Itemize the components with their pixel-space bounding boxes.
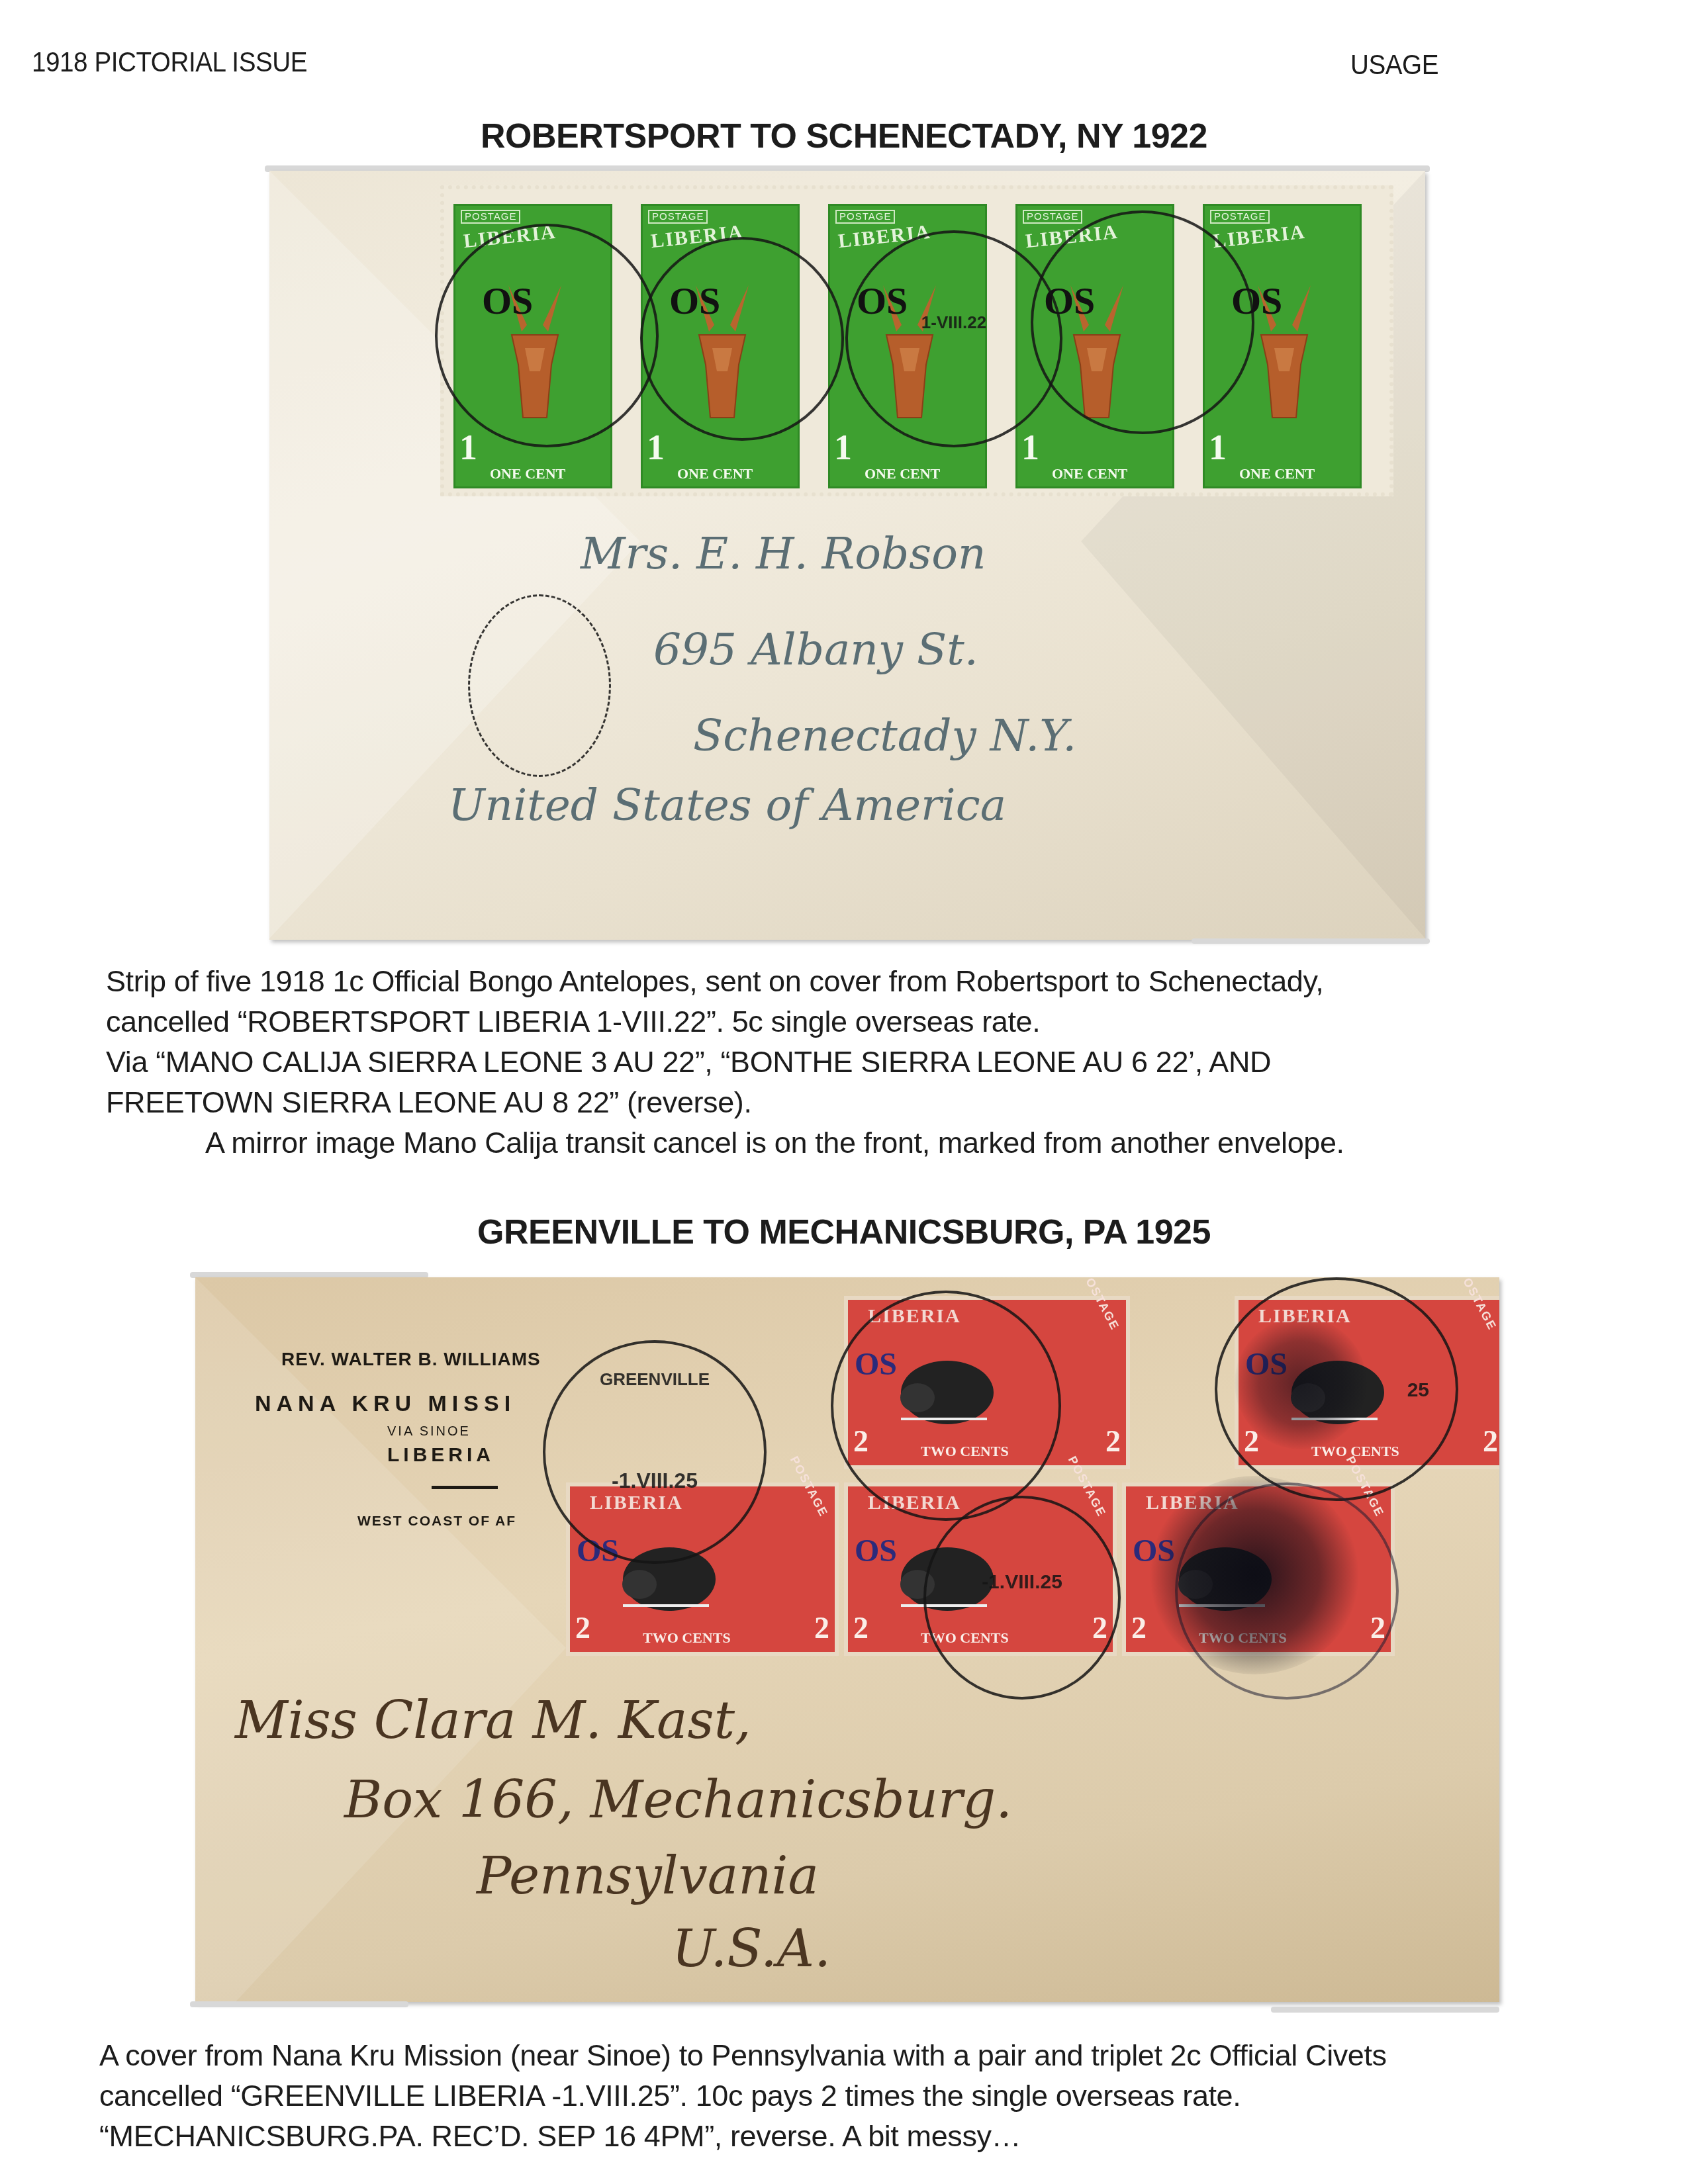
stamp-antelope: POSTAGELIBERIA1ONE CENTOS [641, 204, 800, 488]
stamp-value: 2 [1092, 1610, 1107, 1645]
return-address-via: VIA SINOE [387, 1424, 471, 1439]
cover-1-envelope: POSTAGELIBERIA1ONE CENTOSPOSTAGELIBERIA1… [269, 171, 1425, 940]
stamp-antelope: POSTAGELIBERIA1ONE CENTOS [1203, 204, 1362, 488]
civet-icon [1172, 1533, 1272, 1612]
stamp-value-text: ONE CENT [1239, 465, 1315, 482]
stamp-label: POSTAGE [1210, 210, 1270, 224]
stamp-civet: LIBERIAPOSTAGE2TWO CENTS2OS [566, 1482, 839, 1656]
stamp-value: 1 [1209, 427, 1227, 468]
stamp-value: 1 [647, 427, 665, 468]
stamp-value-text: ONE CENT [865, 465, 940, 482]
civet-icon [616, 1533, 716, 1612]
caption-line: Strip of five 1918 1c Official Bongo Ant… [106, 961, 1344, 1001]
official-overprint: OS [482, 279, 533, 323]
stamp-country: LIBERIA [1212, 221, 1307, 253]
stamp-country: LIBERIA [650, 221, 745, 253]
address-line: Pennsylvania [477, 1846, 819, 1906]
page-header-section: USAGE [1350, 49, 1438, 81]
stamp-value: 2 [575, 1610, 590, 1645]
return-address-mission: NANA KRU MISSI [255, 1391, 516, 1417]
stamp-value: 2 [1483, 1424, 1498, 1459]
civet-icon [894, 1346, 994, 1426]
page-header-issue: 1918 PICTORIAL ISSUE [32, 46, 307, 78]
stamp-value: 1 [834, 427, 852, 468]
stamp-value: 2 [1370, 1610, 1385, 1645]
official-overprint: OS [1231, 279, 1282, 323]
caption-line: cancelled “GREENVILLE LIBERIA -1.VIII.25… [99, 2075, 1387, 2116]
stamp-label: POSTAGE [1078, 1277, 1122, 1333]
stamp-value-text: ONE CENT [677, 465, 753, 482]
cover-2-envelope: REV. WALTER B. WILLIAMS NANA KRU MISSI V… [195, 1277, 1499, 2002]
address-line: Schenectady N.Y. [693, 710, 1076, 761]
stamp-country: LIBERIA [868, 1305, 961, 1328]
official-overprint: OS [857, 279, 908, 323]
stamp-antelope: POSTAGELIBERIA1ONE CENTOS [828, 204, 987, 488]
stamp-country: LIBERIA [1258, 1305, 1352, 1328]
caption-line: Via “MANO CALIJA SIERRA LEONE 3 AU 22”, … [106, 1042, 1344, 1082]
stamp-value: 2 [853, 1424, 868, 1459]
stamp-label: POSTAGE [787, 1454, 831, 1520]
address-line: 695 Albany St. [653, 624, 978, 675]
official-overprint: OS [669, 279, 720, 323]
official-overprint: OS [855, 1533, 897, 1569]
stamp-country: LIBERIA [837, 221, 933, 253]
transit-cancel-mirror [468, 594, 611, 777]
stamp-value: 2 [814, 1610, 829, 1645]
address-line: United States of America [448, 780, 1006, 831]
stamp-value: 1 [459, 427, 477, 468]
caption-line: A mirror image Mano Calija transit cance… [106, 1122, 1344, 1163]
official-overprint: OS [577, 1533, 619, 1569]
return-address-rule [432, 1486, 498, 1489]
postmark-town: GREENVILLE [545, 1369, 764, 1390]
stamp-value: 2 [853, 1610, 868, 1645]
stamp-value-text: TWO CENTS [921, 1443, 1009, 1460]
cover-2-title: GREENVILLE TO MECHANICSBURG, PA 1925 [0, 1212, 1688, 1252]
stamp-civet: LIBERIAPOSTAGE2TWO CENTS2OS [844, 1296, 1130, 1469]
stamp-value-text: ONE CENT [1052, 465, 1127, 482]
stamp-country: LIBERIA [463, 221, 558, 253]
civet-icon [1285, 1346, 1384, 1426]
stamp-country: LIBERIA [1025, 221, 1120, 253]
address-line: U.S.A. [672, 1919, 831, 1979]
civet-icon [894, 1533, 994, 1612]
stamp-value-text: TWO CENTS [921, 1629, 1009, 1647]
caption-line: “MECHANICSBURG.PA. REC’D. SEP 16 4PM”, r… [99, 2116, 1387, 2156]
official-overprint: OS [1133, 1533, 1175, 1569]
stamp-value-text: TWO CENTS [1199, 1629, 1287, 1647]
stamp-label: POSTAGE [1023, 210, 1082, 224]
stamp-label: POSTAGE [461, 210, 520, 224]
address-line: Mrs. E. H. Robson [581, 528, 986, 579]
stamp-value: 1 [1021, 427, 1039, 468]
return-address-region: WEST COAST OF AF [357, 1514, 516, 1529]
return-address-country: LIBERIA [387, 1444, 494, 1467]
stamp-civet: LIBERIAPOSTAGE2TWO CENTS2OS [1122, 1482, 1395, 1656]
stamp-antelope: POSTAGELIBERIA1ONE CENTOS [1015, 204, 1174, 488]
official-overprint: OS [1044, 279, 1095, 323]
caption-line: A cover from Nana Kru Mission (near Sino… [99, 2035, 1387, 2075]
stamp-label: POSTAGE [1456, 1277, 1499, 1333]
stamp-civet: LIBERIAPOSTAGE2TWO CENTS2OS [844, 1482, 1117, 1656]
stamp-country: LIBERIA [1146, 1492, 1239, 1514]
stamp-value: 2 [1131, 1610, 1147, 1645]
official-overprint: OS [855, 1346, 897, 1383]
cover-2-caption: A cover from Nana Kru Mission (near Sino… [99, 2035, 1387, 2156]
stamp-antelope: POSTAGELIBERIA1ONE CENTOS [453, 204, 612, 488]
caption-line: FREETOWN SIERRA LEONE AU 8 22” (reverse)… [106, 1082, 1344, 1122]
address-line: Box 166, Mechanicsburg. [344, 1770, 1012, 1830]
stamp-value: 2 [1105, 1424, 1121, 1459]
cover-1-title: ROBERTSPORT TO SCHENECTADY, NY 1922 [0, 116, 1688, 156]
cover-1-caption: Strip of five 1918 1c Official Bongo Ant… [106, 961, 1344, 1163]
stamp-label: POSTAGE [835, 210, 895, 224]
mount-strip [1192, 938, 1430, 944]
stamp-value-text: ONE CENT [490, 465, 565, 482]
mount-strip [1271, 2007, 1499, 2013]
address-line: Miss Clara M. Kast, [235, 1691, 751, 1751]
mount-strip [190, 2001, 408, 2007]
stamp-strip: POSTAGELIBERIA1ONE CENTOSPOSTAGELIBERIA1… [440, 185, 1393, 496]
stamp-label: POSTAGE [648, 210, 708, 224]
official-overprint: OS [1245, 1346, 1288, 1383]
stamp-value: 2 [1244, 1424, 1259, 1459]
stamp-country: LIBERIA [590, 1492, 683, 1514]
stamp-country: LIBERIA [868, 1492, 961, 1514]
return-address-name: REV. WALTER B. WILLIAMS [281, 1349, 541, 1370]
stamp-value-text: TWO CENTS [643, 1629, 731, 1647]
stamp-civet: LIBERIAPOSTAGE2TWO CENTS2OS [1235, 1296, 1499, 1469]
caption-line: cancelled “ROBERTSPORT LIBERIA 1-VIII.22… [106, 1001, 1344, 1042]
